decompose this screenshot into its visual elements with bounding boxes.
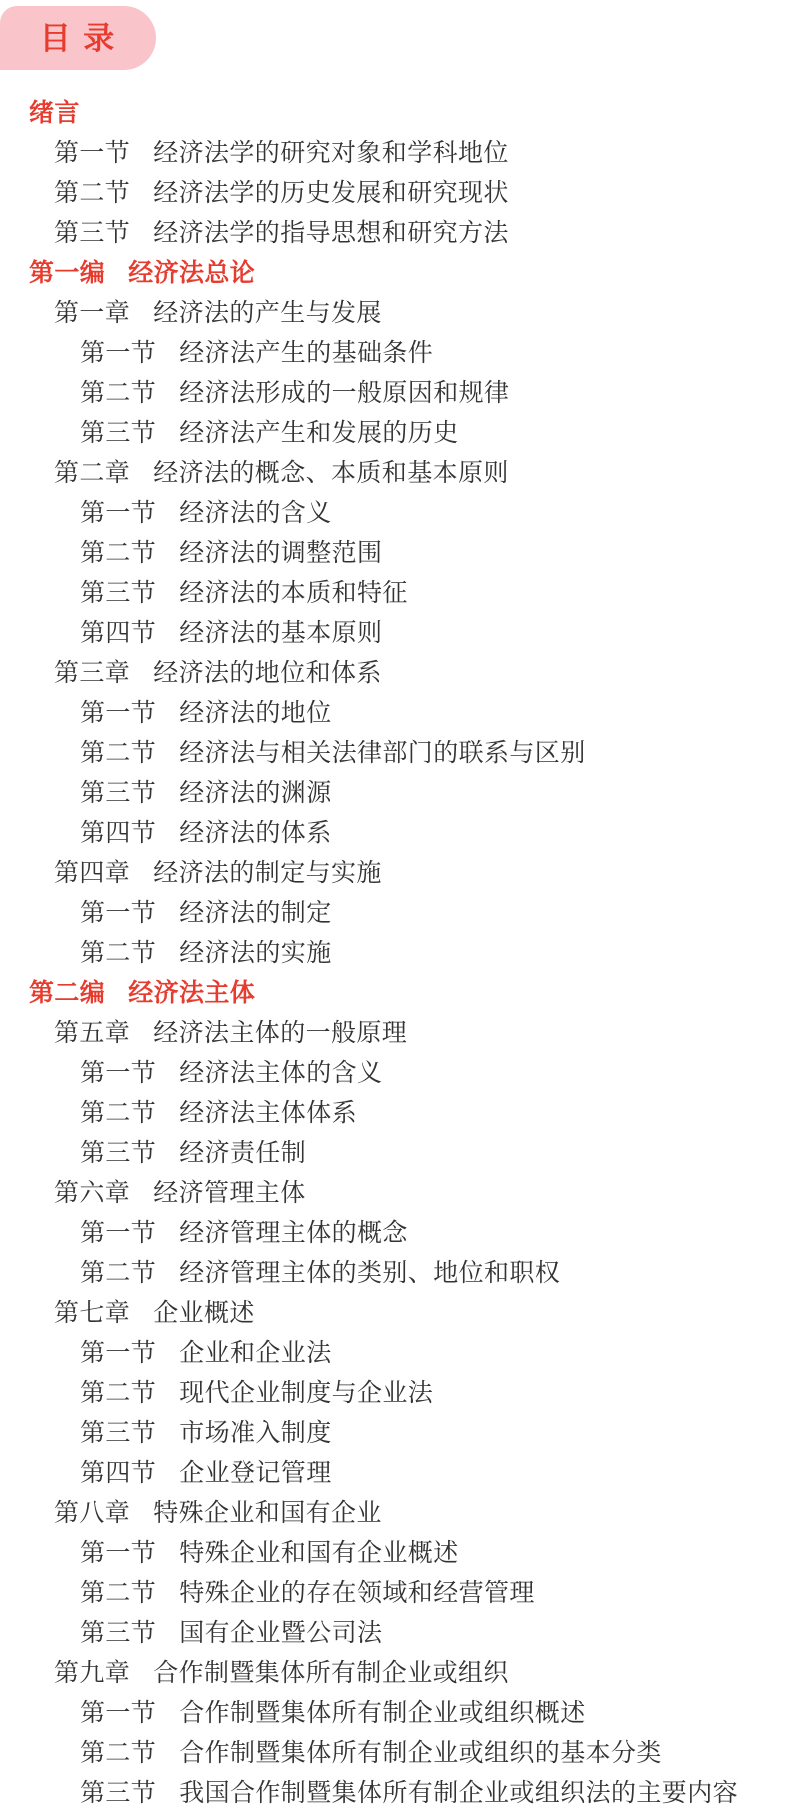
toc-entry-label: 第五章 [54,1019,130,1047]
toc-entry-title: 经济法的渊源 [179,779,331,807]
toc-entry-label: 第三节 [80,779,156,807]
toc-entry[interactable]: 第二节特殊企业的存在领域和经营管理 [0,1573,790,1613]
toc-part-heading[interactable]: 绪言 [0,93,790,133]
toc-entry[interactable]: 第一节企业和企业法 [0,1333,790,1373]
toc-entry-title: 经济法产生和发展的历史 [179,419,458,447]
toc-entry[interactable]: 第三节经济法的本质和特征 [0,573,790,613]
toc-entry-title: 经济法的产生与发展 [153,299,382,327]
toc-entry[interactable]: 第一节经济法的含义 [0,493,790,533]
toc-entry[interactable]: 第二节经济法形成的一般原因和规律 [0,373,790,413]
toc-entry[interactable]: 第二节合作制暨集体所有制企业或组织的基本分类 [0,1733,790,1773]
toc-entry-title: 经济法学的历史发展和研究现状 [153,179,509,207]
toc-entry-label: 第二节 [80,379,156,407]
toc-entry-title: 国有企业暨公司法 [179,1619,382,1647]
toc-entry-title: 合作制暨集体所有制企业或组织概述 [179,1699,585,1727]
toc-entry-title: 现代企业制度与企业法 [179,1379,433,1407]
toc-entry[interactable]: 第一节经济法的地位 [0,693,790,733]
toc-entry-label: 第一节 [80,1539,156,1567]
toc-entry-title: 企业登记管理 [179,1459,331,1487]
toc-entry-title: 经济法与相关法律部门的联系与区别 [179,739,585,767]
toc-entry-label: 第二节 [80,1259,156,1287]
toc-entry-label: 第三节 [80,1779,156,1807]
toc-entry[interactable]: 第四节经济法的基本原则 [0,613,790,653]
toc-entry-title: 经济法的地位和体系 [153,659,382,687]
toc-entry-label: 第二章 [54,459,130,487]
toc-entry[interactable]: 第二节经济法学的历史发展和研究现状 [0,173,790,213]
toc-entry[interactable]: 第三章经济法的地位和体系 [0,653,790,693]
toc-entry-label: 第四节 [80,1459,156,1487]
toc-entry-label: 第二节 [80,939,156,967]
toc-entry[interactable]: 第二节经济法与相关法律部门的联系与区别 [0,733,790,773]
toc-entry-label: 第二编 [29,979,105,1007]
toc-entry[interactable]: 第三节市场准入制度 [0,1413,790,1453]
toc-part-heading[interactable]: 第一编经济法总论 [0,253,790,293]
toc-entry[interactable]: 第四节经济法的体系 [0,813,790,853]
toc-entry-label: 第一节 [80,1699,156,1727]
toc-entry-label: 第二节 [80,1379,156,1407]
toc-entry-title: 经济法主体的一般原理 [153,1019,407,1047]
toc-entry-title: 经济法主体的含义 [179,1059,382,1087]
toc-entry-title: 特殊企业和国有企业 [153,1499,382,1527]
toc-entry-title: 经济管理主体 [153,1179,305,1207]
toc-entry[interactable]: 第三节经济法产生和发展的历史 [0,413,790,453]
toc-entry-title: 经济法的制定与实施 [153,859,382,887]
toc-entry[interactable]: 第一节特殊企业和国有企业概述 [0,1533,790,1573]
toc-badge: 目 录 [0,6,156,70]
toc-entry-label: 第四章 [54,859,130,887]
toc-entry-label: 第二节 [80,739,156,767]
toc-page: 目 录 绪言第一节经济法学的研究对象和学科地位第二节经济法学的历史发展和研究现状… [0,0,790,1817]
toc-entry-label: 第三节 [80,1139,156,1167]
toc-entry-label: 第一节 [54,139,130,167]
toc-entry-title: 经济管理主体的类别、地位和职权 [179,1259,560,1287]
toc-entry-label: 第一节 [80,1059,156,1087]
toc-entry[interactable]: 第三节经济法学的指导思想和研究方法 [0,213,790,253]
toc-entry[interactable]: 第四章经济法的制定与实施 [0,853,790,893]
toc-part-heading[interactable]: 第二编经济法主体 [0,973,790,1013]
toc-entry-label: 第二节 [54,179,130,207]
toc-entry-label: 第二节 [80,539,156,567]
toc-entry[interactable]: 第一节经济法产生的基础条件 [0,333,790,373]
toc-entry-title: 经济法的本质和特征 [179,579,408,607]
toc-entry-title: 特殊企业和国有企业概述 [179,1539,458,1567]
toc-entry[interactable]: 第一节经济管理主体的概念 [0,1213,790,1253]
toc-entry[interactable]: 第七章企业概述 [0,1293,790,1333]
toc-entry[interactable]: 第二节经济管理主体的类别、地位和职权 [0,1253,790,1293]
toc-entry[interactable]: 第二节现代企业制度与企业法 [0,1373,790,1413]
toc-entry[interactable]: 第六章经济管理主体 [0,1173,790,1213]
toc-entry-title: 经济法的基本原则 [179,619,382,647]
toc-entry[interactable]: 第一节合作制暨集体所有制企业或组织概述 [0,1693,790,1733]
toc-entry[interactable]: 第一节经济法学的研究对象和学科地位 [0,133,790,173]
toc-entry-label: 第一节 [80,339,156,367]
toc-entry-label: 第一节 [80,499,156,527]
toc-entry-label: 绪言 [29,99,80,127]
toc-entry-title: 经济法的概念、本质和基本原则 [153,459,509,487]
toc-entry-label: 第二节 [80,1579,156,1607]
toc-entry-title: 经济法的调整范围 [179,539,382,567]
toc-entry-title: 企业概述 [153,1299,255,1327]
toc-entry-title: 市场准入制度 [179,1419,331,1447]
toc-entry[interactable]: 第一节经济法的制定 [0,893,790,933]
toc-entry-label: 第三章 [54,659,130,687]
toc-entry-label: 第三节 [80,1419,156,1447]
toc-entry-title: 经济法主体体系 [179,1099,357,1127]
toc-entry[interactable]: 第二章经济法的概念、本质和基本原则 [0,453,790,493]
toc-entry-title: 经济法产生的基础条件 [179,339,433,367]
toc-entry-label: 第一节 [80,899,156,927]
toc-entry-title: 经济法的体系 [179,819,331,847]
toc-entry-label: 第二节 [80,1099,156,1127]
toc-entry[interactable]: 第四节企业登记管理 [0,1453,790,1493]
toc-entry-title: 经济法学的研究对象和学科地位 [153,139,509,167]
toc-entry-title: 经济法的地位 [179,699,331,727]
toc-entry[interactable]: 第二节经济法主体体系 [0,1093,790,1133]
toc-entry[interactable]: 第三节经济法的渊源 [0,773,790,813]
toc-entry[interactable]: 第九章合作制暨集体所有制企业或组织 [0,1653,790,1693]
toc-entry-label: 第二节 [80,1739,156,1767]
toc-entry[interactable]: 第一节经济法主体的含义 [0,1053,790,1093]
toc-entry[interactable]: 第二节经济法的实施 [0,933,790,973]
toc-list: 绪言第一节经济法学的研究对象和学科地位第二节经济法学的历史发展和研究现状第三节经… [0,93,790,1813]
toc-entry-title: 经济法的制定 [179,899,331,927]
toc-entry[interactable]: 第一章经济法的产生与发展 [0,293,790,333]
toc-entry[interactable]: 第五章经济法主体的一般原理 [0,1013,790,1053]
toc-entry-title: 经济管理主体的概念 [179,1219,408,1247]
toc-entry-label: 第三节 [80,1619,156,1647]
toc-entry-label: 第一章 [54,299,130,327]
toc-entry-title: 合作制暨集体所有制企业或组织 [153,1659,509,1687]
toc-entry-label: 第一节 [80,1219,156,1247]
toc-entry[interactable]: 第八章特殊企业和国有企业 [0,1493,790,1533]
toc-entry-title: 经济法的实施 [179,939,331,967]
toc-entry-label: 第三节 [54,219,130,247]
toc-entry[interactable]: 第二节经济法的调整范围 [0,533,790,573]
toc-entry-title: 特殊企业的存在领域和经营管理 [179,1579,535,1607]
toc-entry-title: 经济法主体 [128,979,255,1007]
toc-entry-title: 企业和企业法 [179,1339,331,1367]
toc-entry-title: 经济法的含义 [179,499,331,527]
toc-badge-label: 目 录 [40,23,117,54]
toc-entry-label: 第七章 [54,1299,130,1327]
toc-entry-title: 我国合作制暨集体所有制企业或组织法的主要内容 [179,1779,738,1807]
toc-entry-label: 第三节 [80,419,156,447]
toc-entry-title: 经济法学的指导思想和研究方法 [153,219,509,247]
toc-entry[interactable]: 第三节经济责任制 [0,1133,790,1173]
toc-entry-title: 经济责任制 [179,1139,306,1167]
toc-entry-label: 第四节 [80,819,156,847]
toc-entry-label: 第一节 [80,1339,156,1367]
toc-entry-label: 第三节 [80,579,156,607]
toc-entry-label: 第九章 [54,1659,130,1687]
toc-entry-label: 第六章 [54,1179,130,1207]
toc-entry-title: 经济法形成的一般原因和规律 [179,379,509,407]
toc-entry[interactable]: 第三节我国合作制暨集体所有制企业或组织法的主要内容 [0,1773,790,1813]
toc-entry[interactable]: 第三节国有企业暨公司法 [0,1613,790,1653]
toc-entry-label: 第四节 [80,619,156,647]
toc-entry-title: 经济法总论 [128,259,255,287]
toc-entry-label: 第八章 [54,1499,130,1527]
toc-entry-label: 第一编 [29,259,105,287]
toc-entry-label: 第一节 [80,699,156,727]
toc-entry-title: 合作制暨集体所有制企业或组织的基本分类 [179,1739,662,1767]
